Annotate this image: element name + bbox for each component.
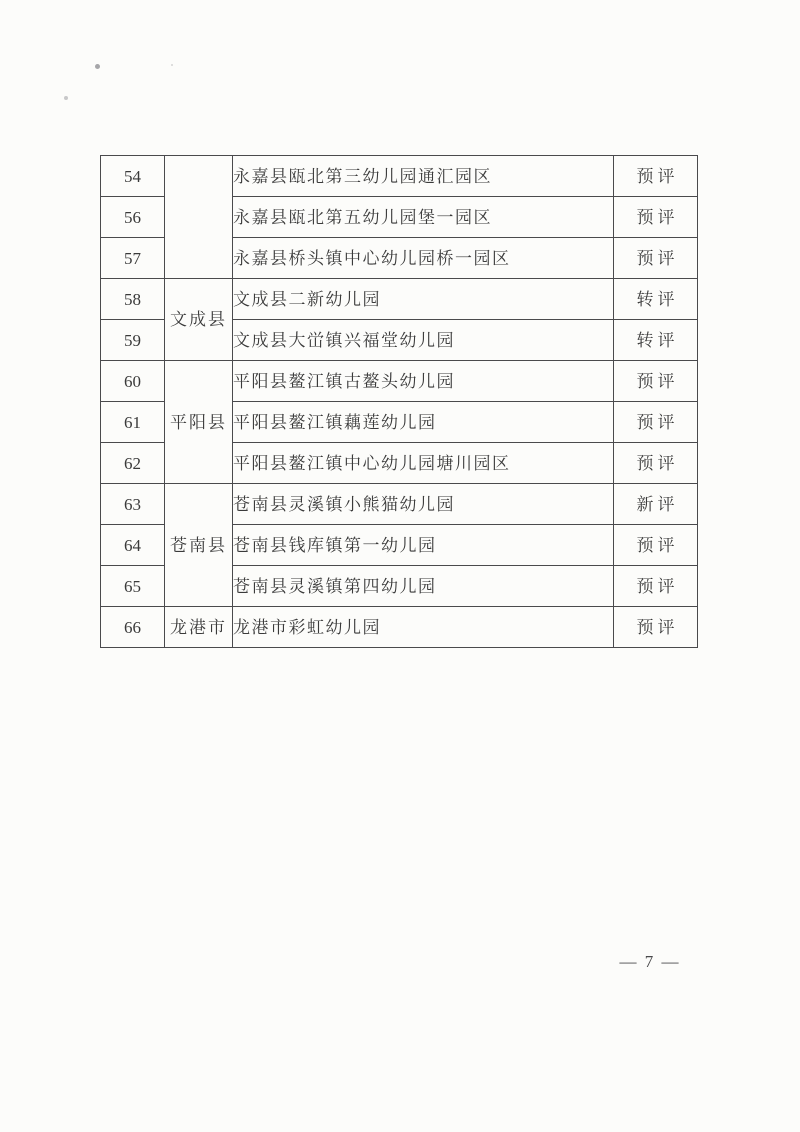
row-number-cell: 64 [101,525,165,566]
kindergarten-name-cell: 永嘉县瓯北第三幼儿园通汇园区 [233,156,614,197]
evaluation-status-text: 预评 [637,167,679,186]
row-number-cell: 57 [101,238,165,279]
scan-artifact-speck [171,64,173,66]
table-row: 66 龙港市 龙港市彩虹幼儿园 预评 [101,607,698,648]
evaluation-status-cell: 预评 [614,197,698,238]
evaluation-status-cell: 预评 [614,607,698,648]
kindergarten-name-cell: 永嘉县桥头镇中心幼儿园桥一园区 [233,238,614,279]
evaluation-status-text: 预评 [637,208,679,227]
row-number-cell: 65 [101,566,165,607]
evaluation-status-text: 预评 [637,577,679,596]
evaluation-status-cell: 预评 [614,238,698,279]
kindergarten-name-cell: 文成县二新幼儿园 [233,279,614,320]
evaluation-status-text: 预评 [637,536,679,555]
evaluation-status-cell: 预评 [614,443,698,484]
evaluation-status-text: 预评 [637,413,679,432]
county-cell-continued [165,156,233,279]
row-number-cell: 66 [101,607,165,648]
kindergarten-name-cell: 平阳县鳌江镇中心幼儿园塘川园区 [233,443,614,484]
kindergarten-name-cell: 平阳县鳌江镇藕莲幼儿园 [233,402,614,443]
scan-artifact-speck [95,64,100,69]
evaluation-status-cell: 预评 [614,361,698,402]
county-cell-cangnan: 苍南县 [165,484,233,607]
row-number-cell: 63 [101,484,165,525]
evaluation-status-text: 预评 [637,372,679,391]
kindergarten-evaluation-table: 54 永嘉县瓯北第三幼儿园通汇园区 预评 56 永嘉县瓯北第五幼儿园堡一园区 预… [100,155,698,648]
row-number-cell: 62 [101,443,165,484]
evaluation-status-cell: 新评 [614,484,698,525]
evaluation-status-text: 转评 [637,331,679,350]
scan-artifact-speck [64,96,68,100]
evaluation-status-cell: 预评 [614,402,698,443]
evaluation-status-cell: 预评 [614,156,698,197]
row-number-cell: 58 [101,279,165,320]
evaluation-status-cell: 预评 [614,566,698,607]
kindergarten-name-cell: 永嘉县瓯北第五幼儿园堡一园区 [233,197,614,238]
row-number-cell: 59 [101,320,165,361]
evaluation-status-text: 预评 [637,454,679,473]
row-number-cell: 61 [101,402,165,443]
evaluation-status-text: 预评 [637,249,679,268]
table-row: 58 文成县 文成县二新幼儿园 转评 [101,279,698,320]
kindergarten-name-cell: 文成县大峃镇兴福堂幼儿园 [233,320,614,361]
table-row: 60 平阳县 平阳县鳌江镇古鳌头幼儿园 预评 [101,361,698,402]
evaluation-status-cell: 转评 [614,320,698,361]
table-row: 54 永嘉县瓯北第三幼儿园通汇园区 预评 [101,156,698,197]
kindergarten-name-cell: 龙港市彩虹幼儿园 [233,607,614,648]
page-number: — 7 — [560,952,740,972]
kindergarten-name-cell: 苍南县灵溪镇小熊猫幼儿园 [233,484,614,525]
county-cell-longgang: 龙港市 [165,607,233,648]
row-number-cell: 60 [101,361,165,402]
evaluation-status-cell: 转评 [614,279,698,320]
kindergarten-name-cell: 苍南县灵溪镇第四幼儿园 [233,566,614,607]
row-number-cell: 54 [101,156,165,197]
evaluation-status-text: 转评 [637,290,679,309]
table-row: 63 苍南县 苍南县灵溪镇小熊猫幼儿园 新评 [101,484,698,525]
county-cell-pingyang: 平阳县 [165,361,233,484]
scanned-document-page: 54 永嘉县瓯北第三幼儿园通汇园区 预评 56 永嘉县瓯北第五幼儿园堡一园区 预… [0,0,800,1132]
evaluation-status-text: 预评 [637,618,679,637]
kindergarten-name-cell: 平阳县鳌江镇古鳌头幼儿园 [233,361,614,402]
evaluation-status-text: 新评 [637,495,679,514]
kindergarten-name-cell: 苍南县钱库镇第一幼儿园 [233,525,614,566]
evaluation-status-cell: 预评 [614,525,698,566]
county-cell-wencheng: 文成县 [165,279,233,361]
row-number-cell: 56 [101,197,165,238]
